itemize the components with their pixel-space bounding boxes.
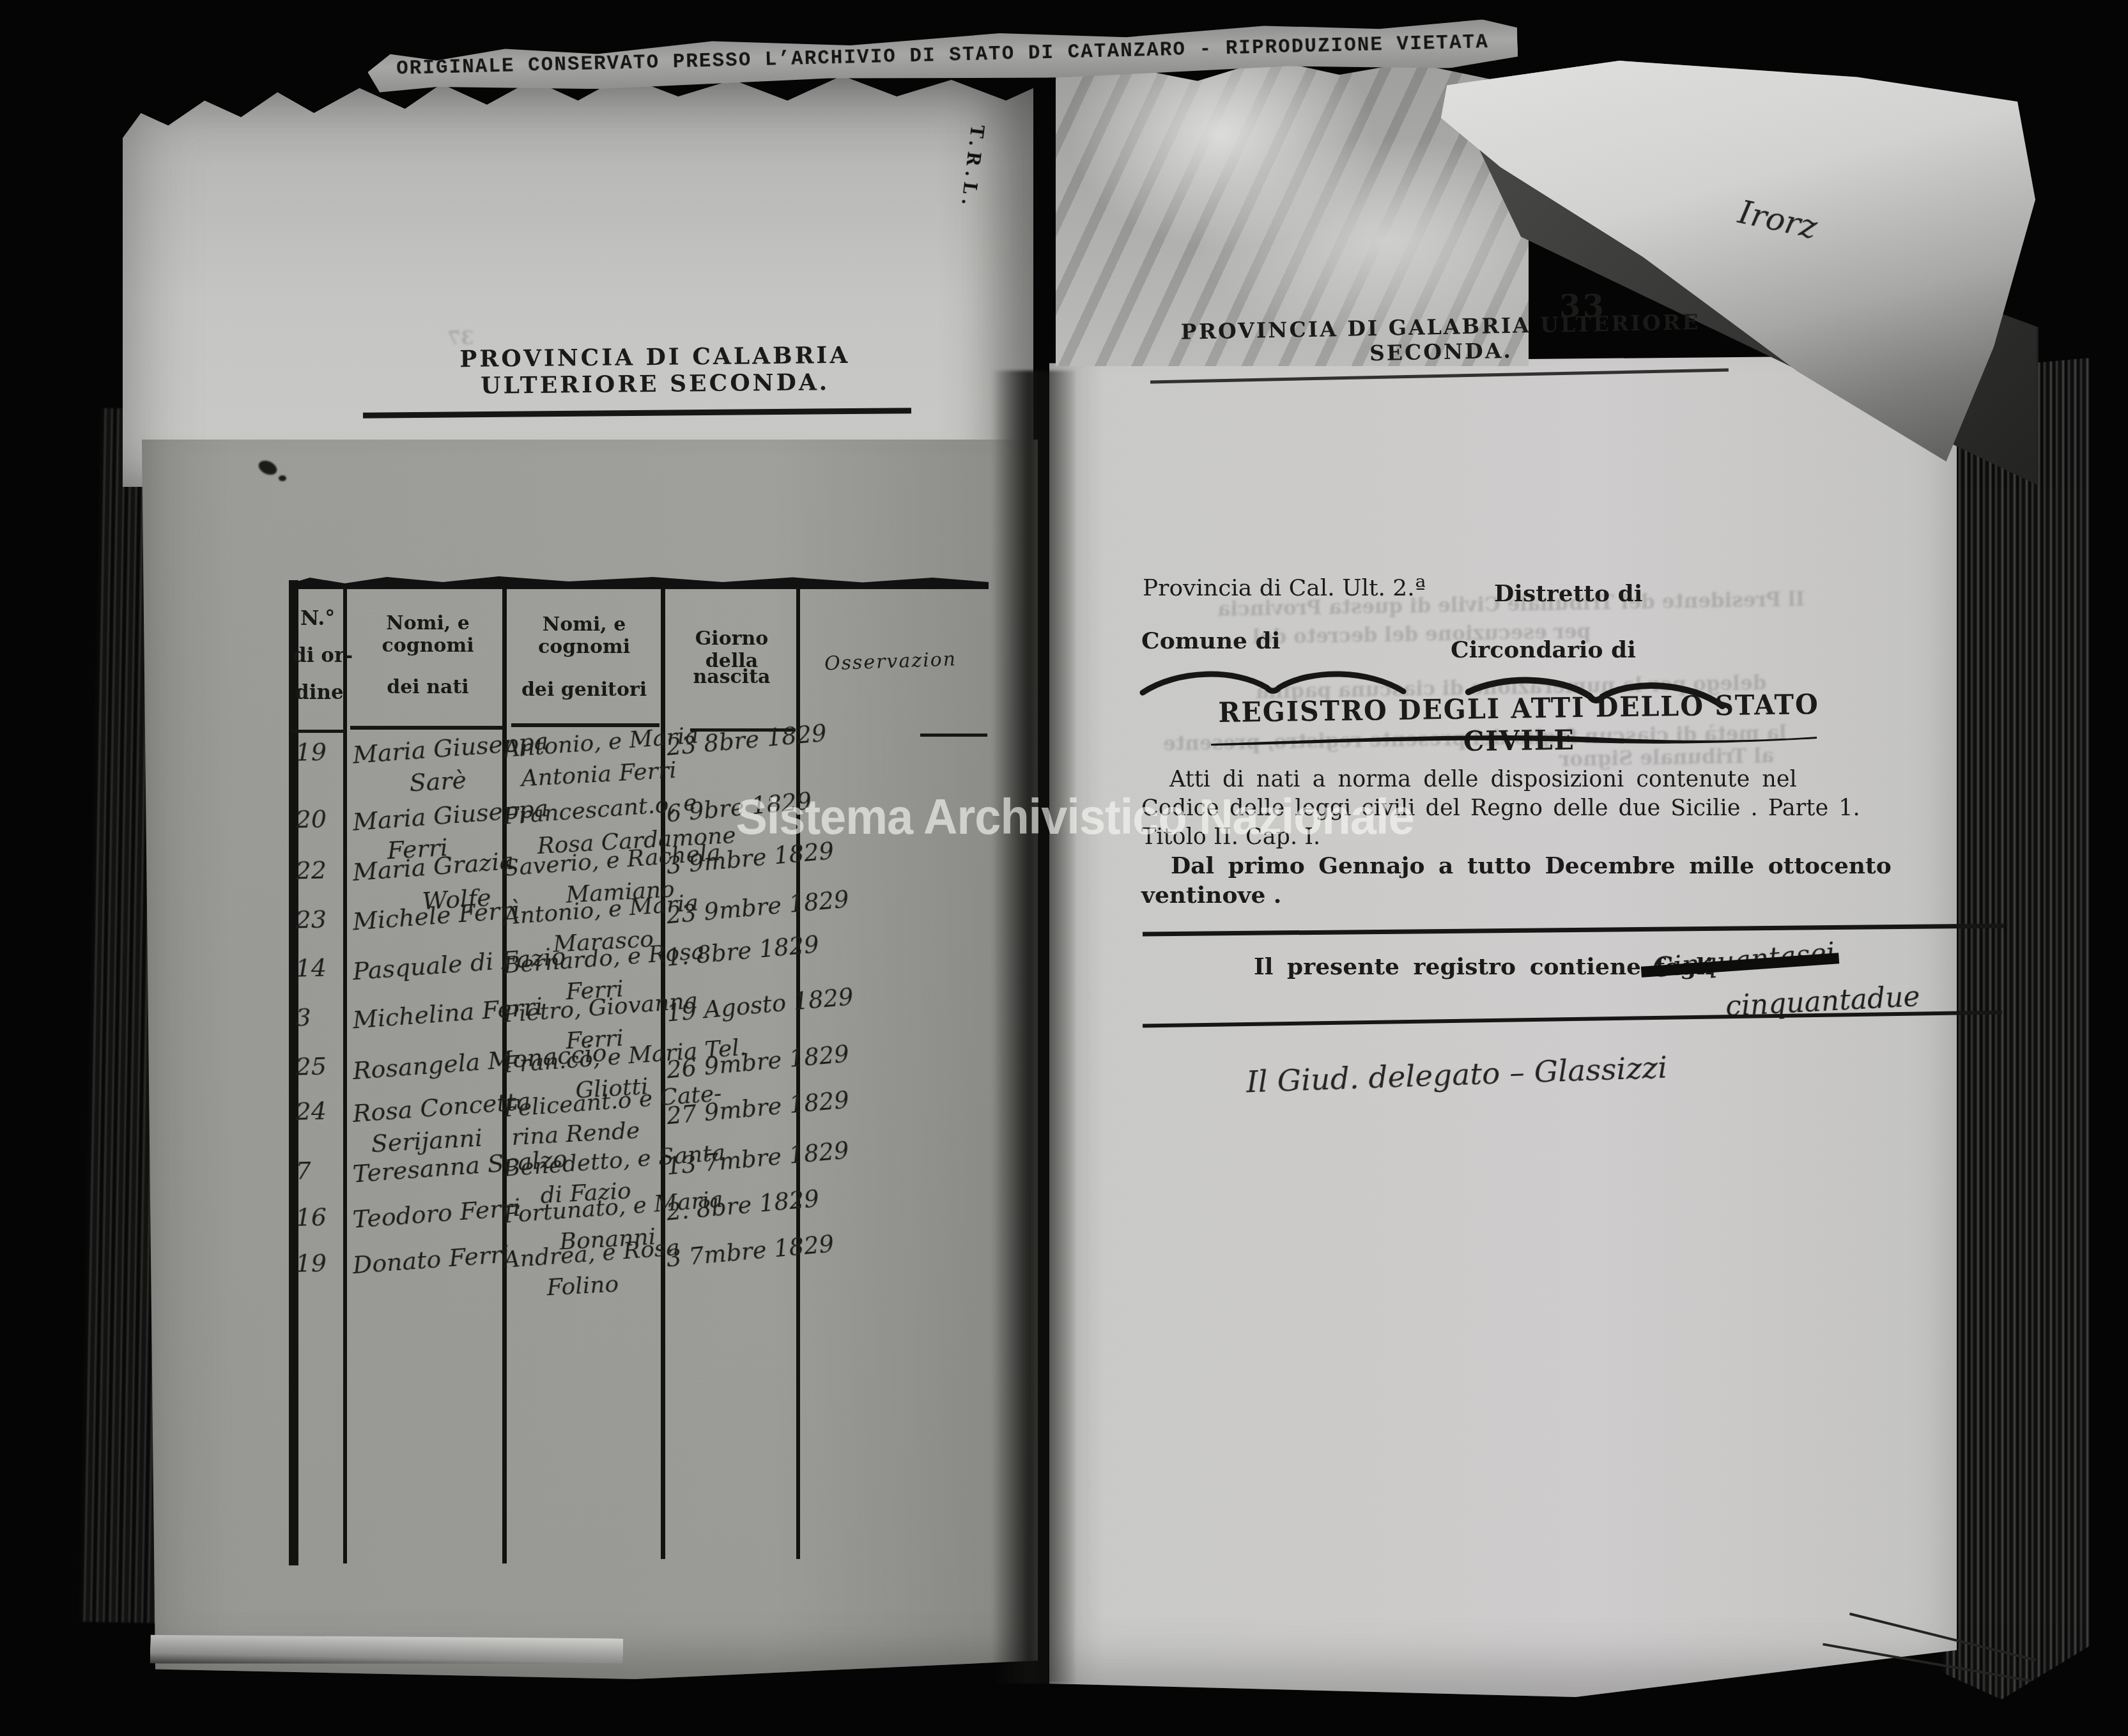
header-separator (350, 726, 504, 730)
left-page-header: PROVINCIA DI CALABRIA ULTERIORE SECONDA. (374, 341, 937, 400)
col-header-giorno: nascita (668, 666, 796, 688)
row-number: 23 (295, 905, 327, 934)
paragraph-line: Dal primo Gennajo a tutto Decembre mille… (1171, 852, 1892, 879)
child-name: Michele Ferrì (351, 895, 520, 935)
row-number: 16 (295, 1203, 327, 1232)
parents-name-2: Folino (546, 1271, 619, 1301)
col-header-nati: Nomi, e cognomi (353, 612, 503, 657)
row-number: 3 (295, 1003, 311, 1031)
parents-name-2: Antonia Ferri (520, 757, 677, 792)
row-number: 19 (295, 738, 327, 767)
form-provincia-label: Provincia di Cal. Ult. 2.ª (1143, 575, 1426, 601)
col-header-genitori: Nomi, e cognomi (508, 613, 660, 658)
row-number: 14 (295, 954, 327, 983)
child-name-2: Sarè (408, 765, 467, 797)
row-number: 24 (295, 1097, 327, 1126)
col-header-osservazioni: Osservazion (824, 648, 957, 675)
col-header-nati: dei nati (353, 676, 503, 698)
archival-book-scan: Irorz ORIGINALE CONSERVATO PRESSO L’ARCH… (0, 0, 2128, 1736)
form-distretto-label: Distretto di (1494, 580, 1642, 607)
paragraph-line: ventinove . (1141, 882, 1281, 909)
left-cover-sheet (123, 72, 1033, 487)
form-circondario-label: Circondario di (1451, 636, 1636, 663)
row-number: 22 (295, 856, 327, 885)
right-page-header: PROVINCIA DI GALABRIA ULTERIORE SECONDA. (1170, 309, 1711, 369)
sistema-archivistico-watermark: Sistema Archivistico Nazionale (647, 788, 1503, 845)
col-header-ordine: di or- (293, 644, 353, 667)
row-number: 25 (295, 1052, 327, 1081)
parents-name-2: rina Rende (511, 1118, 640, 1151)
child-name: Teodoro Ferri (351, 1193, 521, 1233)
row-number: 19 (295, 1249, 327, 1278)
col-header-ordine: dine (295, 681, 344, 704)
col-header-ordine: N.° (300, 606, 335, 630)
ink-blot (279, 475, 286, 481)
row-number: 7 (295, 1156, 311, 1185)
page-block-right-edge (1943, 358, 2090, 1700)
form-comune-label: Comune di (1141, 627, 1280, 654)
child-name: Donato Ferri (351, 1240, 511, 1279)
col-header-genitori: dei genitori (508, 679, 660, 701)
child-name: Maria Grazia (351, 847, 514, 886)
row-number: 20 (295, 805, 327, 834)
header-separator (291, 730, 345, 733)
